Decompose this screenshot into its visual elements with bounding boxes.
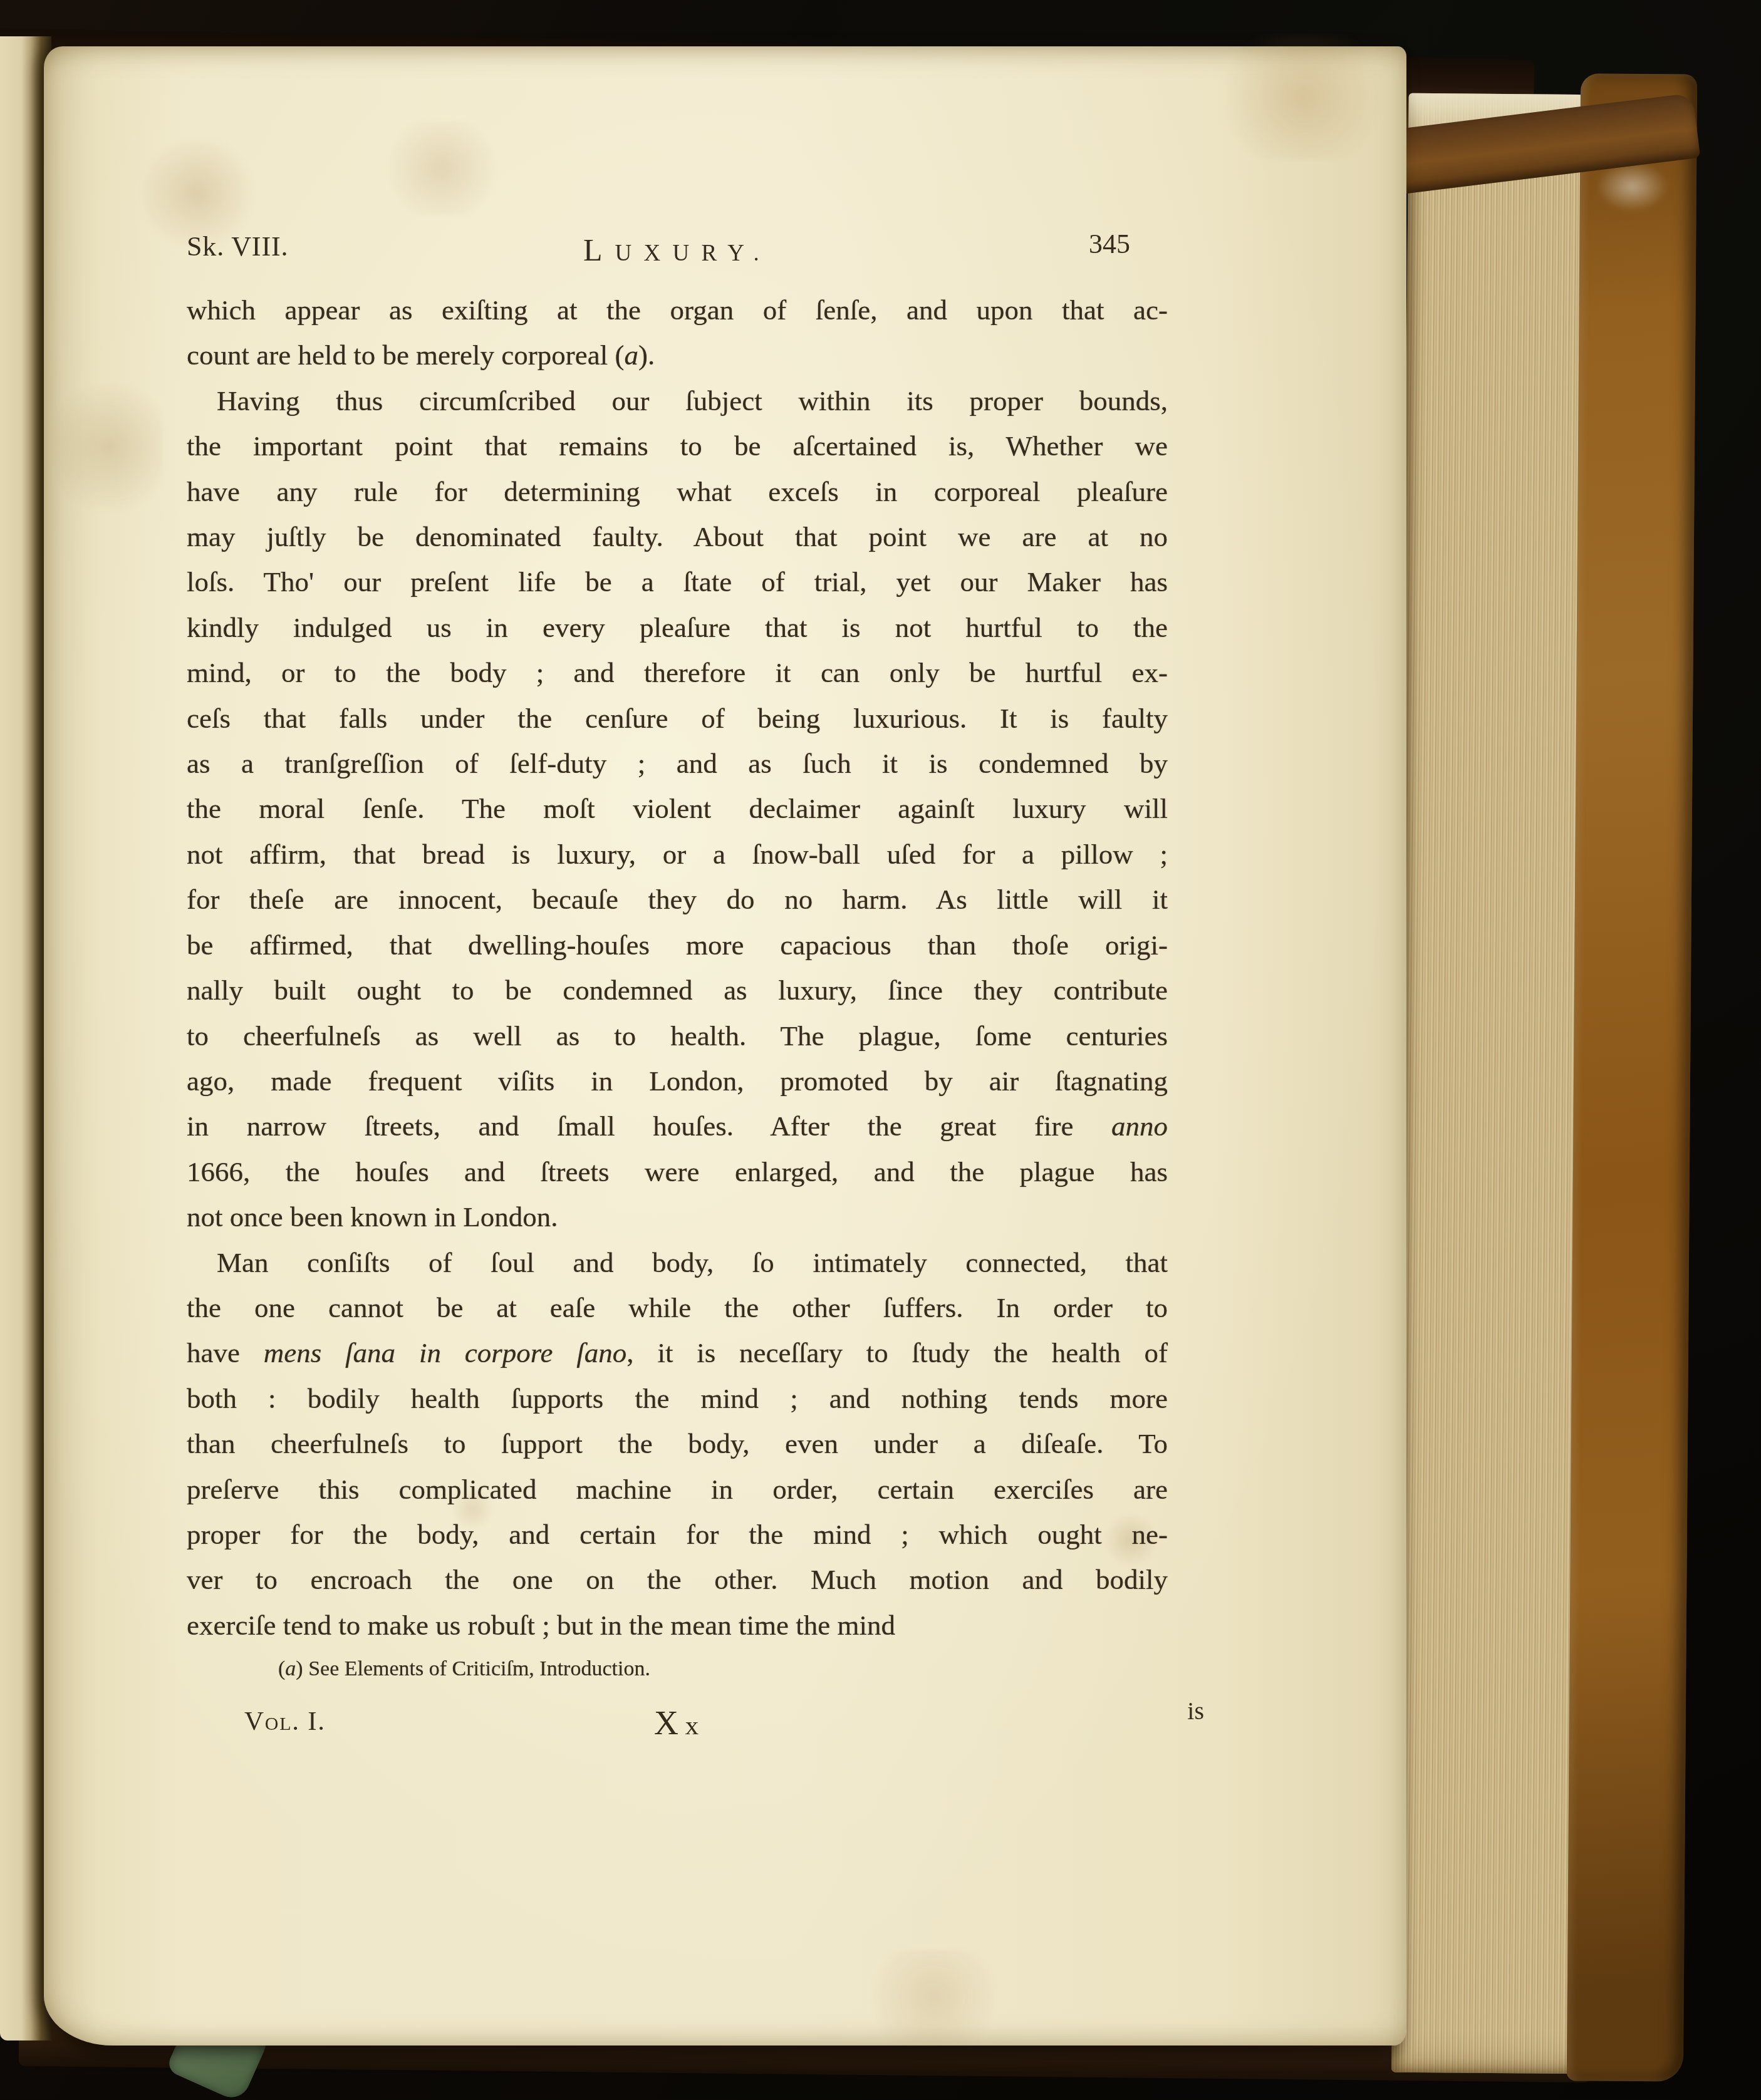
text-segment: the important point that remains to be a…	[187, 430, 1168, 462]
text-segment: have any rule for determining what exceſ…	[187, 476, 1168, 507]
text-line: ver to encroach the one on the other. Mu…	[187, 1557, 1168, 1602]
italic-text: a	[624, 339, 638, 371]
text-line: be affirmed, that dwelling-houſes more c…	[187, 923, 1168, 968]
page-footer: Vol. I. X x is	[187, 1701, 1168, 1751]
text-line: nally built ought to be condemned as lux…	[187, 968, 1168, 1013]
catchword: is	[1187, 1696, 1204, 1725]
italic-text: a	[285, 1657, 296, 1680]
text-line: Having thus circumſcribed our ſubject wi…	[187, 378, 1168, 423]
section-label: Sk. VIII.	[187, 230, 288, 262]
text-line: not affirm, that bread is luxury, or a ſ…	[187, 832, 1168, 877]
text-segment: Man conſiſts of ſoul and body, ſo intima…	[217, 1247, 1168, 1278]
text-line: may juſtly be denominated faulty. About …	[187, 514, 1168, 559]
text-line: both : bodily health ſupports the mind ;…	[187, 1376, 1168, 1421]
text-segment: not once been known in London.	[187, 1201, 558, 1233]
page-header: Sk. VIII. LUXURY. 345	[187, 227, 1168, 266]
text-segment: than cheerfulneſs to ſupport the body, e…	[187, 1428, 1168, 1459]
paper-stain	[370, 122, 514, 215]
text-segment: ) See Elements of Criticiſm, Introductio…	[296, 1657, 650, 1680]
text-line: mind, or to the body ; and therefore it …	[187, 650, 1168, 695]
text-line: ceſs that falls under the cenſure of bei…	[187, 696, 1168, 741]
text-segment: not affirm, that bread is luxury, or a ſ…	[187, 839, 1168, 870]
text-line: in narrow ſtreets, and ſmall houſes. Aft…	[187, 1104, 1168, 1149]
text-line: Man conſiſts of ſoul and body, ſo intima…	[187, 1240, 1168, 1285]
text-segment: may juſtly be denominated faulty. About …	[187, 521, 1168, 552]
text-line: have mens ſana in corpore ſano, it is ne…	[187, 1330, 1168, 1375]
paper-stain	[56, 359, 163, 535]
text-segment: have	[187, 1337, 264, 1368]
book-leather-cover	[1567, 73, 1697, 2081]
text-line: kindly indulged us in every pleaſure tha…	[187, 605, 1168, 650]
text-line: 1666, the houſes and ſtreets were enlarg…	[187, 1149, 1168, 1194]
text-line: proper for the body, and certain for the…	[187, 1512, 1168, 1557]
text-segment: loſs. Tho' our preſent life be a ſtate o…	[187, 566, 1168, 597]
text-segment: exerciſe tend to make us robuſt ; but in…	[187, 1610, 895, 1641]
text-line: which appear as exiſting at the organ of…	[187, 287, 1168, 333]
text-segment: to cheerfulneſs as well as to health. Th…	[187, 1020, 1168, 1052]
text-segment: (	[278, 1657, 285, 1680]
text-segment: which appear as exiſting at the organ of…	[187, 294, 1168, 326]
text-segment: count are held to be merely corporeal (	[187, 339, 624, 371]
text-line: count are held to be merely corporeal (a…	[187, 333, 1168, 378]
text-segment: , it is neceſſary to ſtudy the health of	[626, 1337, 1168, 1368]
text-segment: the one cannot be at eaſe while the othe…	[187, 1292, 1168, 1323]
text-segment: as a tranſgreſſion of ſelf-duty ; and as…	[187, 748, 1168, 779]
text-segment: preſerve this complicated machine in ord…	[187, 1474, 1168, 1505]
text-line: the important point that remains to be a…	[187, 423, 1168, 468]
text-line: as a tranſgreſſion of ſelf-duty ; and as…	[187, 741, 1168, 786]
text-segment: for theſe are innocent, becauſe they do …	[187, 884, 1168, 915]
text-line: loſs. Tho' our preſent life be a ſtate o…	[187, 559, 1168, 604]
text-segment: the moral ſenſe. The moſt violent declai…	[187, 793, 1168, 824]
text-line: for theſe are innocent, becauſe they do …	[187, 877, 1168, 922]
paper-stain	[1197, 34, 1410, 159]
text-segment: 1666, the houſes and ſtreets were enlarg…	[187, 1156, 1168, 1187]
text-segment: nally built ought to be condemned as lux…	[187, 975, 1168, 1006]
text-segment: ago, made frequent viſits in London, pro…	[187, 1065, 1168, 1097]
text-line: not once been known in London.	[187, 1194, 1168, 1239]
text-line: preſerve this complicated machine in ord…	[187, 1467, 1168, 1512]
italic-text: mens ſana in corpore ſano	[264, 1337, 627, 1368]
italic-text: anno	[1111, 1110, 1168, 1142]
text-line: to cheerfulneſs as well as to health. Th…	[187, 1013, 1168, 1058]
text-line: ago, made frequent viſits in London, pro…	[187, 1058, 1168, 1104]
signature-mark: X x	[654, 1704, 699, 1742]
page-number: 345	[1089, 228, 1130, 260]
text-segment: kindly indulged us in every pleaſure tha…	[187, 612, 1168, 643]
text-segment: ceſs that falls under the cenſure of bei…	[187, 703, 1168, 734]
paper-stain	[846, 1950, 1021, 2044]
text-segment: ).	[638, 339, 655, 371]
body-text: which appear as exiſting at the organ of…	[187, 287, 1168, 1648]
text-segment: in narrow ſtreets, and ſmall houſes. Aft…	[187, 1110, 1111, 1142]
footnote: (a) See Elements of Criticiſm, Introduct…	[278, 1657, 1168, 1681]
text-segment: mind, or to the body ; and therefore it …	[187, 657, 1168, 688]
text-line: have any rule for determining what exceſ…	[187, 469, 1168, 514]
book-page: Sk. VIII. LUXURY. 345 which appear as ex…	[44, 46, 1406, 2046]
text-segment: both : bodily health ſupports the mind ;…	[187, 1383, 1168, 1414]
book-photograph: Sk. VIII. LUXURY. 345 which appear as ex…	[0, 0, 1761, 2100]
text-line: than cheerfulneſs to ſupport the body, e…	[187, 1421, 1168, 1466]
text-segment: Having thus circumſcribed our ſubject wi…	[217, 385, 1168, 416]
text-line: exerciſe tend to make us robuſt ; but in…	[187, 1603, 1168, 1648]
volume-label: Vol. I.	[244, 1706, 326, 1737]
running-title: LUXURY.	[583, 232, 771, 268]
text-line: the moral ſenſe. The moſt violent declai…	[187, 786, 1168, 831]
text-segment: proper for the body, and certain for the…	[187, 1519, 1168, 1550]
text-segment: be affirmed, that dwelling-houſes more c…	[187, 929, 1168, 961]
text-segment: ver to encroach the one on the other. Mu…	[187, 1564, 1168, 1595]
text-line: the one cannot be at eaſe while the othe…	[187, 1285, 1168, 1330]
